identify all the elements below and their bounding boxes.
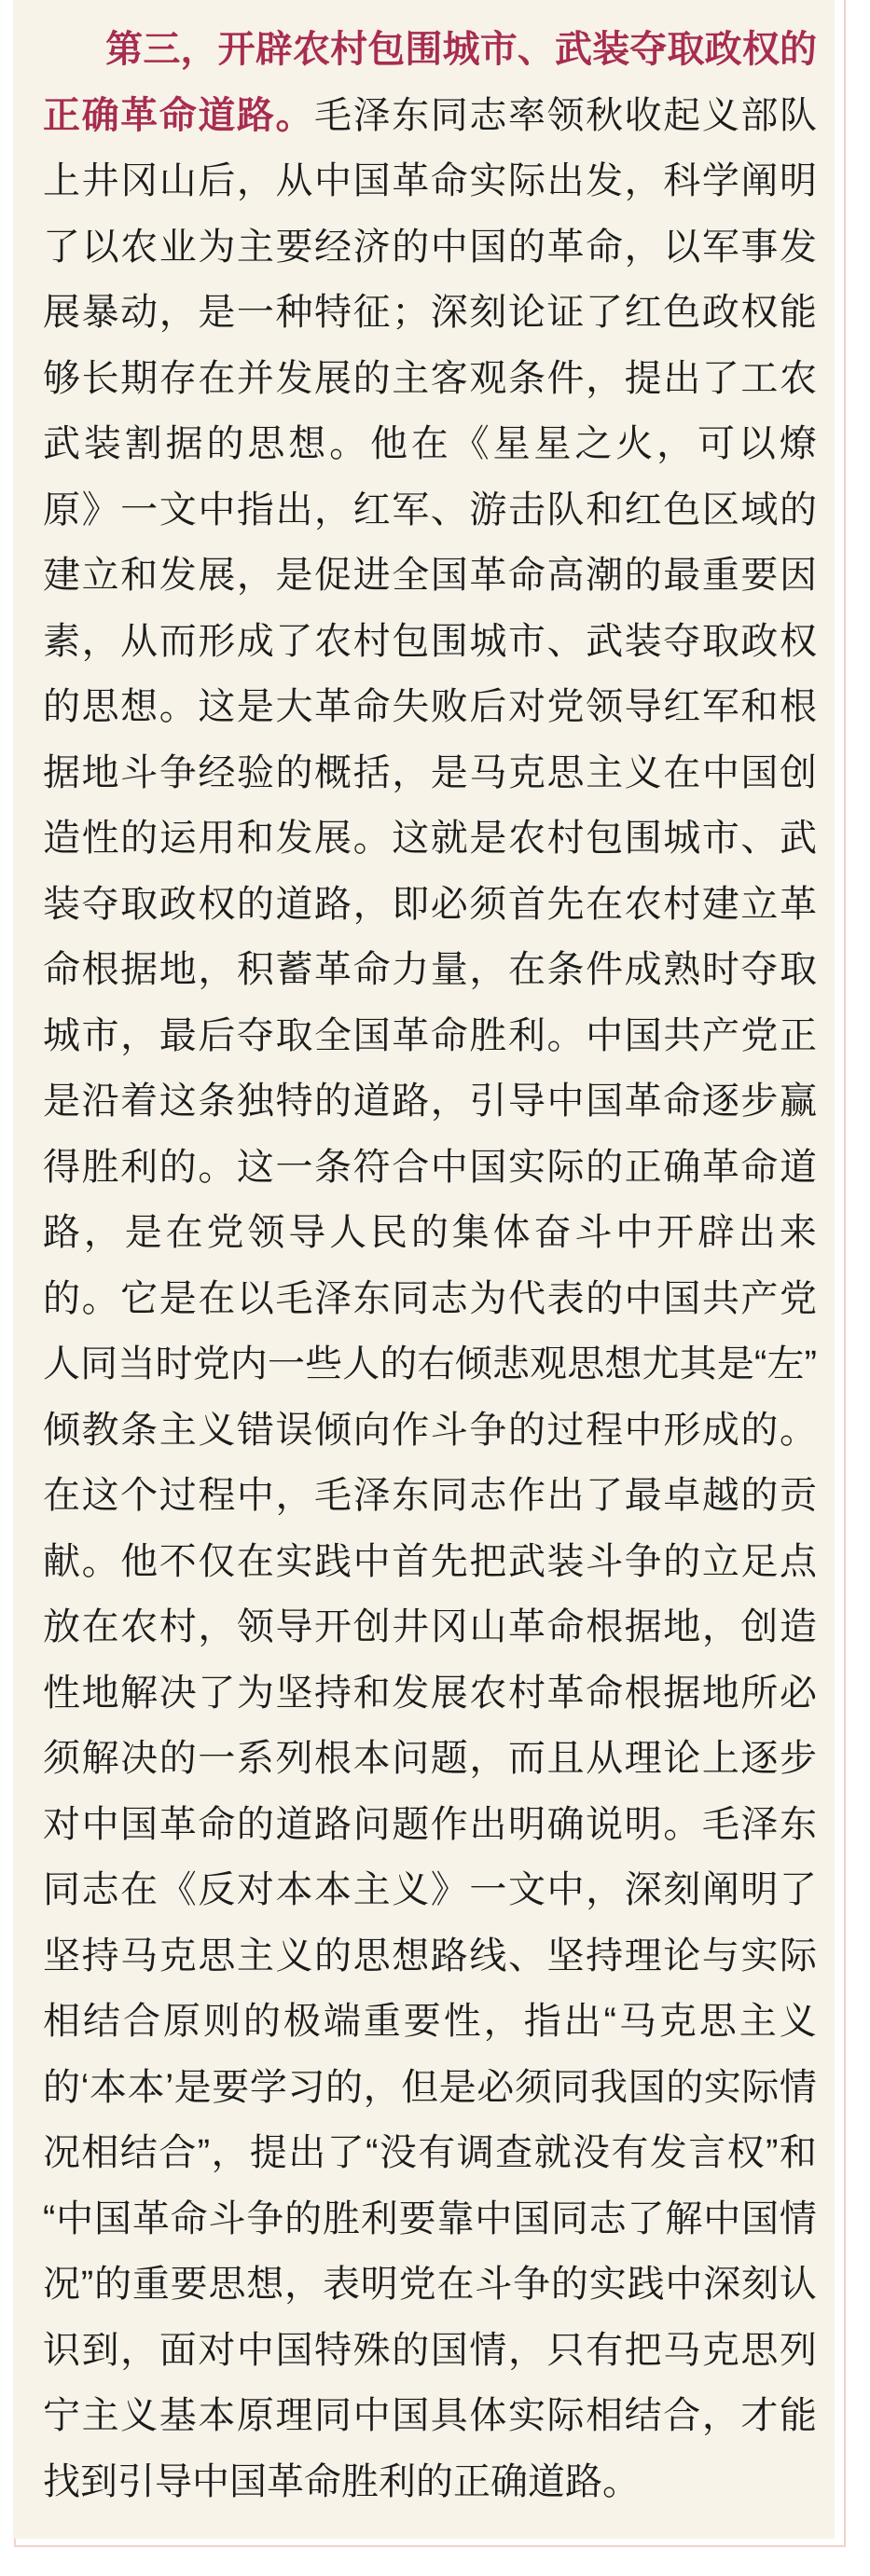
body-char: 对 <box>508 688 545 725</box>
body-char: 程 <box>586 1412 623 1449</box>
body-char: 的 <box>237 886 274 923</box>
body-char: 党 <box>780 1280 817 1317</box>
body-char: 中 <box>353 1543 391 1580</box>
body-char: 农 <box>469 1674 506 1712</box>
body-char: 命 <box>353 688 391 725</box>
body-char: 争 <box>159 754 197 792</box>
body-char: 中 <box>192 2463 229 2500</box>
body-char: 展 <box>431 1674 468 1712</box>
body-char: 只 <box>547 2332 585 2369</box>
lead-emphasis-char: 市 <box>480 31 518 68</box>
body-char: 人 <box>329 1214 366 1251</box>
body-char: 主 <box>586 754 623 792</box>
body-char: 义 <box>275 1937 312 1975</box>
body-char: 表 <box>323 2266 360 2303</box>
body-char: 主 <box>159 1412 197 1449</box>
body-char: 产 <box>740 1280 778 1317</box>
body-char: 要 <box>404 2003 441 2040</box>
body-char: 和 <box>780 2134 817 2171</box>
body-char: 右 <box>418 1345 455 1383</box>
body-char: 中 <box>56 2200 93 2238</box>
body-char: 国 <box>513 2200 550 2238</box>
body-char: 的 <box>780 491 817 529</box>
body-char: 说 <box>586 1806 623 1843</box>
text-line: 命根据地，积蓄革命力量，在条件成熟时夺取 <box>43 937 817 1003</box>
body-char: 高 <box>547 557 585 594</box>
body-char: 了 <box>586 1477 623 1514</box>
body-char: 明 <box>625 1806 662 1843</box>
body-char: 结 <box>625 2397 662 2434</box>
body-char: 政 <box>702 294 739 331</box>
body-char: 马 <box>619 2003 656 2040</box>
body-char: 文 <box>159 491 197 529</box>
body-char: 大 <box>275 688 312 725</box>
body-char: 革 <box>508 1608 545 1646</box>
body-char: 量 <box>431 951 468 988</box>
body-char: 农 <box>120 228 158 266</box>
body-char: 东 <box>353 1280 391 1317</box>
body-char: 中 <box>586 1017 623 1054</box>
body-char: 相 <box>586 2397 623 2434</box>
body-char: 革 <box>132 2200 170 2238</box>
body-char: ， <box>364 2069 401 2106</box>
body-char: 毛 <box>314 1477 352 1514</box>
body-char: 原 <box>43 491 80 529</box>
body-char: 共 <box>702 1280 739 1317</box>
body-char: 村 <box>353 623 391 660</box>
body-char: 在 <box>237 1543 274 1580</box>
body-char: 在 <box>120 1871 158 1908</box>
body-char: 夺 <box>663 623 700 660</box>
body-char: 提 <box>250 2134 287 2171</box>
body-char: 的 <box>411 1214 449 1251</box>
body-char: 军 <box>702 228 739 266</box>
body-char: 出 <box>275 491 312 529</box>
body-char: 发 <box>650 2134 687 2171</box>
body-char: 条 <box>314 1149 352 1186</box>
body-char: 件 <box>586 951 623 988</box>
body-char: 最 <box>663 557 700 594</box>
body-char: 这 <box>198 688 235 725</box>
body-char: 思 <box>353 1937 391 1975</box>
body-char: 革 <box>469 557 506 594</box>
body-char: “ <box>604 2003 616 2040</box>
body-char: 为 <box>469 1280 506 1317</box>
body-char: 毛 <box>702 1806 739 1843</box>
body-char: 实 <box>508 2397 545 2434</box>
body-char: 提 <box>625 360 662 397</box>
body-char: 星 <box>534 425 572 462</box>
body-char: 因 <box>780 557 817 594</box>
lead-emphasis-char: 城 <box>443 31 480 68</box>
body-char: 领 <box>247 1214 284 1251</box>
body-char: 红 <box>353 491 391 529</box>
body-char: 力 <box>392 951 429 988</box>
body-char: 主 <box>392 360 429 397</box>
body-char: ， <box>702 1608 739 1646</box>
body-char: 争 <box>469 1412 506 1449</box>
body-char: 斗 <box>208 2200 245 2238</box>
body-char: 过 <box>159 1477 197 1514</box>
body-char: 。 <box>353 820 391 857</box>
article-card: 第三，开辟农村包围城市、武装夺取政权的正确革命道路。毛泽东同志率领秋收起义部队上… <box>13 0 835 2539</box>
body-char: 本 <box>198 2397 235 2434</box>
body-char: 且 <box>547 1740 585 1777</box>
body-char: 本 <box>128 2069 165 2106</box>
body-char: 但 <box>401 2069 438 2106</box>
body-char: 可 <box>697 425 735 462</box>
body-char: 刻 <box>741 2266 779 2303</box>
body-char: 问 <box>392 1740 429 1777</box>
body-char: 须 <box>43 1740 80 1777</box>
body-char: ， <box>284 2266 322 2303</box>
body-char: 情 <box>780 2200 817 2238</box>
body-char: 中 <box>237 1477 274 1514</box>
body-char: 殊 <box>353 2332 391 2369</box>
body-char: 东 <box>392 1477 429 1514</box>
body-char: 事 <box>740 228 778 266</box>
body-char: 武 <box>586 623 623 660</box>
body-char: 斗 <box>586 1543 623 1580</box>
body-char: 件 <box>547 360 585 397</box>
body-char: 利 <box>379 2463 416 2500</box>
body-char: 利 <box>120 1149 158 1186</box>
body-char: 革 <box>547 1674 585 1712</box>
body-char: 逐 <box>740 1740 778 1777</box>
body-char: 的 <box>207 425 244 462</box>
body-char: 义 <box>198 1412 235 1449</box>
body-char: 国 <box>469 1149 506 1186</box>
body-char: 为 <box>198 228 235 266</box>
text-line: 的思想。这是大革命失败后对党领导红军和根 <box>43 674 817 740</box>
body-char: 据 <box>120 951 158 988</box>
body-char: 从 <box>586 1740 623 1777</box>
body-char: 斗 <box>574 1214 612 1251</box>
body-char: 的 <box>275 754 312 792</box>
body-char: 长 <box>82 360 119 397</box>
body-char: 、 <box>431 491 468 529</box>
body-char: 义 <box>392 1871 429 1908</box>
body-char: 山 <box>159 162 197 200</box>
body-char: 问 <box>353 1806 391 1843</box>
body-char: 想 <box>604 1345 642 1383</box>
body-char: 靠 <box>436 2200 474 2238</box>
body-char: 论 <box>663 1740 700 1777</box>
body-char: 国 <box>625 1017 662 1054</box>
body-char: 村 <box>159 1608 197 1646</box>
body-char: 原 <box>163 2003 200 2040</box>
body-char: 民 <box>370 1214 407 1251</box>
body-char: 奋 <box>534 1214 572 1251</box>
body-char: 蓄 <box>275 951 312 988</box>
body-char: 泽 <box>740 1806 778 1843</box>
text-line: “中国革命斗争的胜利要靠中国同志了解中国情 <box>43 2186 817 2252</box>
body-char: ， <box>431 1082 468 1120</box>
body-char: 中 <box>314 162 352 200</box>
body-char: 东 <box>392 97 429 134</box>
body-char: ， <box>275 1477 312 1514</box>
body-char: 解 <box>82 1740 119 1777</box>
body-char: 革 <box>780 886 817 923</box>
body-char: 是 <box>198 294 235 331</box>
text-line: 况相结合”，提出了“没有调查就没有发言权”和 <box>43 2120 817 2186</box>
body-char: 出 <box>547 162 585 200</box>
body-char: 和 <box>237 820 274 857</box>
lead-emphasis-char: ， <box>180 31 217 68</box>
body-char: 地 <box>82 754 119 792</box>
body-char: 农 <box>625 886 662 923</box>
body-char: 倾 <box>455 1345 492 1383</box>
body-char: 运 <box>159 820 197 857</box>
body-char: 端 <box>324 2003 361 2040</box>
body-char: 实 <box>740 1937 778 1975</box>
body-char: 命 <box>547 1608 585 1646</box>
body-char: 中 <box>625 1280 662 1317</box>
lead-emphasis-char: 农 <box>293 31 330 68</box>
body-char: 国 <box>392 2397 429 2434</box>
body-char: 相 <box>43 2003 80 2040</box>
body-char: 根 <box>780 688 817 725</box>
body-char: 克 <box>159 1937 197 1975</box>
body-char: 取 <box>780 951 817 988</box>
body-char: 中 <box>431 228 468 266</box>
body-char: 中 <box>547 1082 585 1120</box>
body-char: 条 <box>198 1082 235 1120</box>
body-char: 市 <box>702 820 739 857</box>
body-char: 的 <box>380 1345 417 1383</box>
body-char: 创 <box>353 1608 391 1646</box>
body-char: 到 <box>80 2463 117 2500</box>
body-char: 着 <box>120 1082 158 1120</box>
body-char: 燎 <box>780 425 817 462</box>
body-char: 动 <box>120 294 158 331</box>
body-char: 国 <box>741 2200 779 2238</box>
body-char: 理 <box>275 2397 312 2434</box>
body-char: 具 <box>431 2397 468 2434</box>
body-char: 思 <box>247 425 284 462</box>
body-char: 想 <box>288 425 325 462</box>
body-char: 权 <box>740 294 778 331</box>
body-char: 有 <box>418 2134 455 2171</box>
body-char: 命 <box>43 951 80 988</box>
body-char: 的 <box>325 2069 363 2106</box>
body-char: 认 <box>780 2266 817 2303</box>
body-char: 仅 <box>198 1543 235 1580</box>
body-char: 理 <box>625 1740 662 1777</box>
body-char: 道 <box>528 2463 565 2500</box>
body-char: 思 <box>208 2266 245 2303</box>
body-char: 没 <box>573 2134 610 2171</box>
body-char: 》 <box>431 1871 468 1908</box>
text-line: 须解决的一系列根本问题，而且从理论上逐步 <box>43 1726 817 1792</box>
body-char: 所 <box>740 1674 778 1712</box>
body-char: 在 <box>82 1608 119 1646</box>
body-char: 的 <box>159 1149 197 1186</box>
body-char: 展 <box>314 360 352 397</box>
body-char: 的 <box>508 228 545 266</box>
body-char: 为 <box>237 1674 274 1712</box>
body-char: 解 <box>120 1674 158 1712</box>
body-char: 的 <box>392 2332 429 2369</box>
body-char: 志 <box>469 97 506 134</box>
body-char: 装 <box>625 623 662 660</box>
body-char: 装 <box>84 425 121 462</box>
body-char: 当 <box>117 1345 155 1383</box>
body-char: 独 <box>237 1082 274 1120</box>
body-char: 夺 <box>237 1017 274 1054</box>
body-char: 革 <box>547 228 585 266</box>
body-char: 包 <box>392 623 429 660</box>
body-char: 作 <box>508 1477 545 1514</box>
body-char: 割 <box>125 425 162 462</box>
body-char: 建 <box>702 886 739 923</box>
body-char: 出 <box>663 360 700 397</box>
body-char: 主 <box>237 1937 274 1975</box>
body-char: 中 <box>547 1871 585 1908</box>
body-char: 、 <box>508 1937 545 1975</box>
body-char: 深 <box>431 294 468 331</box>
body-char: 到 <box>82 2332 119 2369</box>
body-char: 和 <box>740 688 778 725</box>
body-char: 的 <box>392 228 429 266</box>
body-char: 中 <box>703 2200 740 2238</box>
body-char: ， <box>120 2332 158 2369</box>
body-char: 、 <box>740 820 778 857</box>
body-char: 志 <box>469 1477 506 1514</box>
body-char: 的 <box>666 2069 703 2106</box>
body-char: 取 <box>120 886 158 923</box>
body-char: 客 <box>431 360 468 397</box>
body-char: 论 <box>508 294 545 331</box>
body-char: 作 <box>392 1412 429 1449</box>
body-char: 要 <box>171 2266 208 2303</box>
text-line: 是沿着这条独特的道路，引导中国革命逐步赢 <box>43 1068 817 1135</box>
body-char: 尤 <box>642 1345 680 1383</box>
body-char: 倾 <box>43 1412 80 1449</box>
lead-emphasis-char: 三 <box>143 31 180 68</box>
body-char: 本 <box>353 1740 391 1777</box>
text-line: 人同当时党内一些人的右倾悲观思想尤其是“左” <box>43 1331 817 1398</box>
lead-emphasis-char: 村 <box>330 31 367 68</box>
body-char: 进 <box>353 557 391 594</box>
lead-emphasis-char: 装 <box>592 31 629 68</box>
text-line: 上井冈山后，从中国革命实际出发，科学阐明 <box>43 148 817 214</box>
body-char: 命 <box>171 2200 208 2238</box>
body-char: 的 <box>625 557 662 594</box>
body-char: ， <box>237 557 274 594</box>
body-char: 领 <box>237 1608 274 1646</box>
body-char: 的 <box>586 1280 623 1317</box>
body-char: 上 <box>43 162 80 200</box>
text-line: 坚持马克思主义的思想路线、坚持理论与实际 <box>43 1923 817 1990</box>
body-char: 创 <box>740 1608 778 1646</box>
body-char: 种 <box>275 294 312 331</box>
body-char: 其 <box>680 1345 717 1383</box>
body-char: 坚 <box>275 1674 312 1712</box>
body-char: 重 <box>132 2266 170 2303</box>
body-char: 同 <box>431 1477 468 1514</box>
body-char: 东 <box>780 1806 817 1843</box>
body-char: 业 <box>159 228 197 266</box>
body-char: 同 <box>80 1345 117 1383</box>
body-char: 和 <box>586 491 623 529</box>
body-char: 实 <box>704 2069 741 2106</box>
body-char: 同 <box>551 2200 588 2238</box>
body-char: 性 <box>82 820 119 857</box>
body-char: 国 <box>431 557 468 594</box>
body-char: 。 <box>602 2463 640 2500</box>
body-char: 马 <box>663 2332 700 2369</box>
body-char: 秋 <box>586 97 623 134</box>
body-char: 主 <box>237 228 274 266</box>
lead-emphasis-char: 道 <box>198 97 235 134</box>
body-char: 时 <box>702 951 739 988</box>
body-char: 特 <box>314 294 352 331</box>
body-char: 立 <box>82 557 119 594</box>
body-char: 展 <box>314 820 352 857</box>
body-char: 想 <box>246 2266 283 2303</box>
body-char: 深 <box>703 2266 740 2303</box>
body-char: 从 <box>275 162 312 200</box>
body-char: 解 <box>665 2200 702 2238</box>
body-char: 悲 <box>492 1345 530 1383</box>
body-char: 党 <box>193 1345 230 1383</box>
body-char: 导 <box>625 688 662 725</box>
body-char: 政 <box>740 623 778 660</box>
body-char: 况 <box>43 2134 80 2171</box>
lead-emphasis-char: 命 <box>159 97 197 134</box>
body-char: 际 <box>547 2397 585 2434</box>
body-char: 经 <box>198 754 235 792</box>
body-char: 最 <box>625 1477 662 1514</box>
body-char: 了 <box>586 294 623 331</box>
body-char: 的 <box>237 1806 274 1843</box>
body-char: 不 <box>159 1543 197 1580</box>
body-char: 体 <box>493 1214 531 1251</box>
body-char: 据 <box>663 1674 700 1712</box>
body-char: 合 <box>392 1149 429 1186</box>
text-line: 正确革命道路。毛泽东同志率领秋收起义部队 <box>43 83 817 149</box>
body-char: 正 <box>625 1149 662 1186</box>
text-line: 原》一文中指出，红军、游击队和红色区域的 <box>43 477 817 544</box>
body-char: 。 <box>780 1412 817 1449</box>
body-char: 的 <box>314 1937 352 1975</box>
body-char: 线 <box>469 1937 506 1975</box>
body-char: 红 <box>625 491 662 529</box>
body-char: 体 <box>469 2397 506 2434</box>
body-char: 确 <box>547 1806 585 1843</box>
body-char: 践 <box>628 2266 665 2303</box>
body-char: ” <box>805 1345 817 1383</box>
body-char: 明 <box>361 2266 398 2303</box>
body-char: 失 <box>392 688 429 725</box>
body-char: 开 <box>656 1214 694 1251</box>
body-char: ， <box>84 1214 121 1251</box>
body-char: 村 <box>547 820 585 857</box>
body-char: 产 <box>702 1017 739 1054</box>
body-char: 利 <box>508 1017 545 1054</box>
body-char: 条 <box>508 360 545 397</box>
body-char: 星 <box>493 425 531 462</box>
body-char: 我 <box>590 2069 628 2106</box>
body-char: 展 <box>43 294 80 331</box>
body-char: 革 <box>314 951 352 988</box>
body-char: 倾 <box>314 1412 352 1449</box>
body-char: 是 <box>159 1280 197 1317</box>
body-char: 验 <box>237 754 274 792</box>
body-char: 道 <box>353 1082 391 1120</box>
body-char: 左 <box>766 1345 804 1383</box>
